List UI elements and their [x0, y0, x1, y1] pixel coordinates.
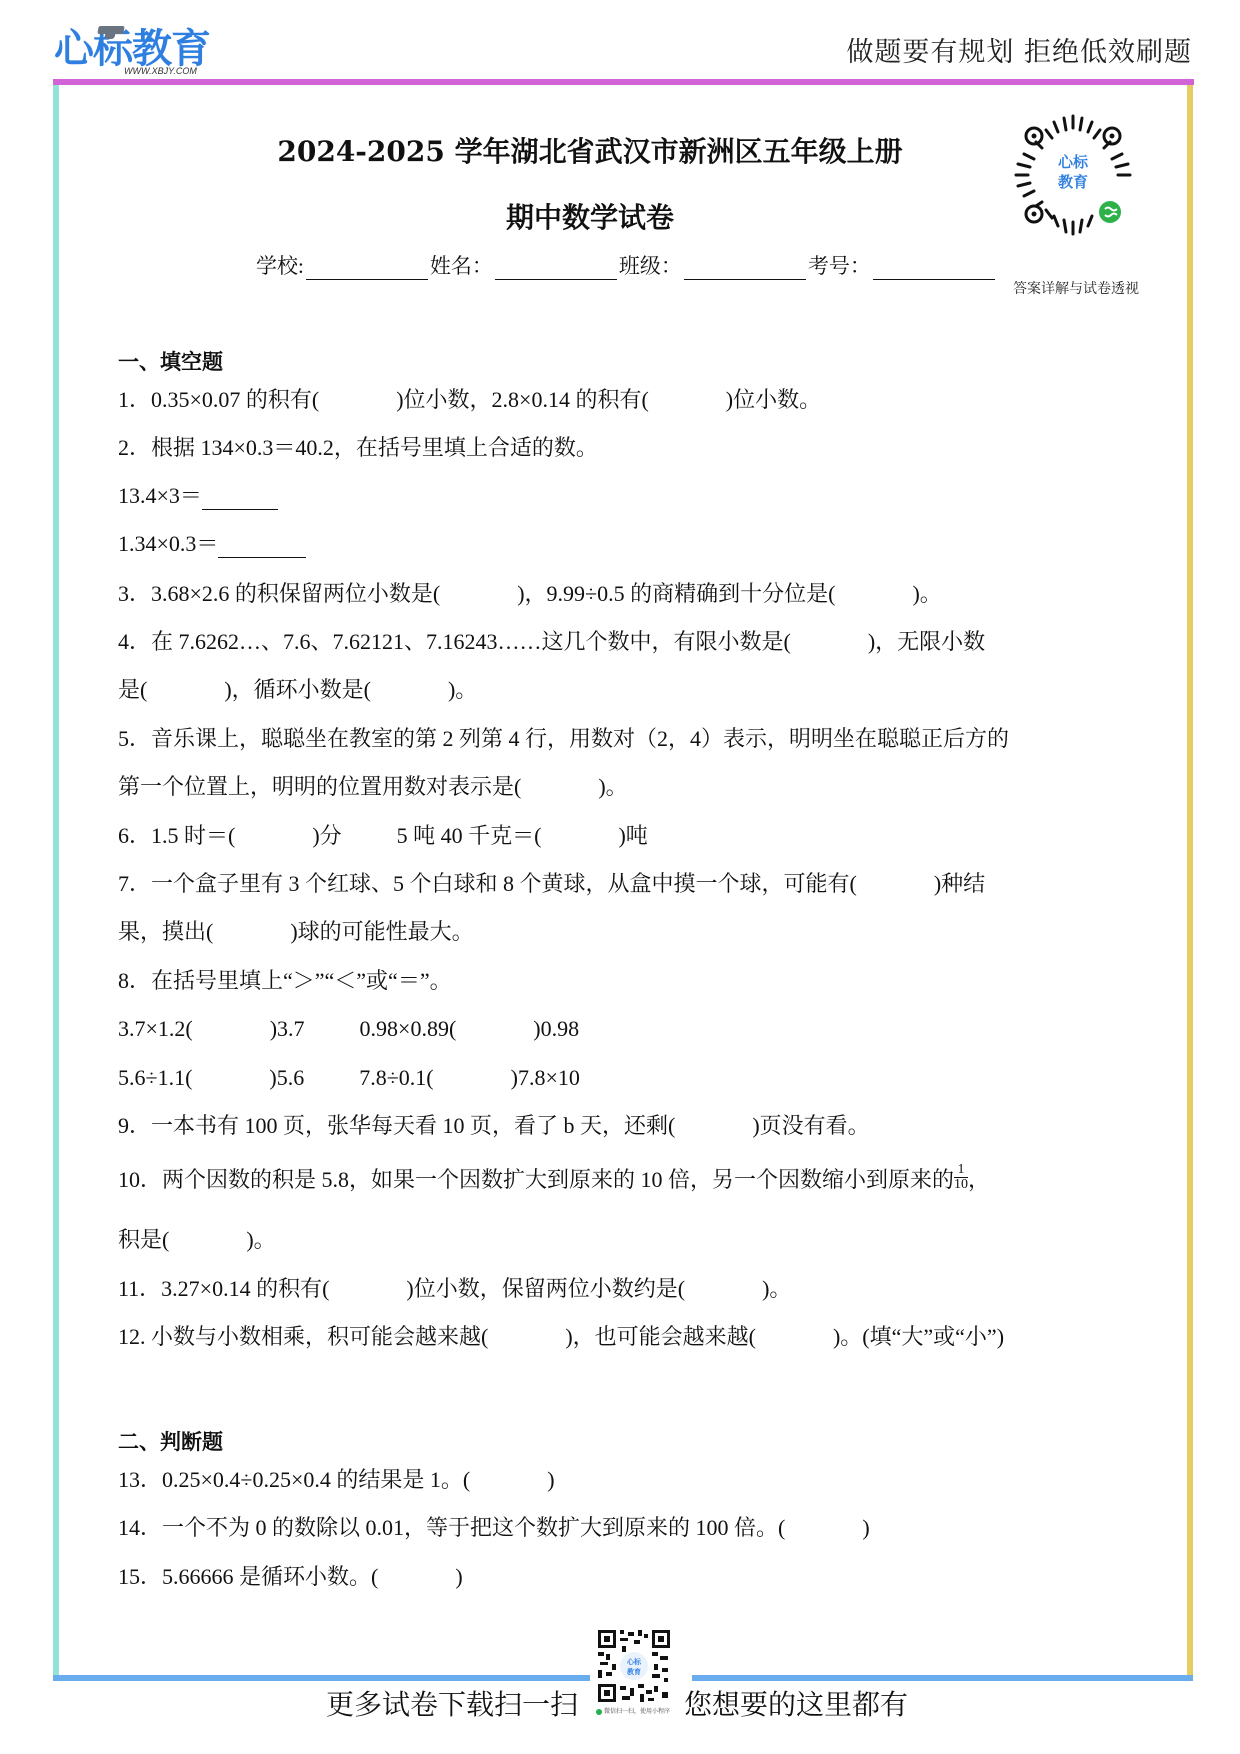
class-label: 班级： — [619, 250, 682, 280]
question-11: 11．3.27×0.14 的积有( )位小数，保留两位小数约是( )。 — [118, 1275, 791, 1303]
svg-text:心标: 心标 — [627, 1657, 642, 1666]
question-9: 9．一本书有 100 页，张华每天看 10 页，看了 b 天，还剩( )页没有看… — [118, 1112, 870, 1140]
question-2b: 1.34×0.3＝ — [118, 530, 306, 558]
frame-bottom-border-left — [53, 1675, 590, 1681]
question-7-line1: 7．一个盒子里有 3 个红球、5 个白球和 8 个黄球，从盒中摸一个球，可能有(… — [118, 870, 985, 898]
svg-text:心标: 心标 — [1058, 153, 1089, 171]
download-qr-code[interactable]: 心标 教育 — [596, 1628, 672, 1704]
question-8-row2: 5.6÷1.1( )5.6 7.8÷0.1( )7.8×10 — [118, 1064, 580, 1092]
question-2: 2．根据 134×0.3＝40.2，在括号里填上合适的数。 — [118, 434, 598, 462]
question-15: 15．5.66666 是循环小数。( ) — [118, 1563, 463, 1591]
exam-number-label: 考号： — [808, 250, 871, 280]
question-2a-text: 13.4×3＝ — [118, 483, 202, 508]
frame-bottom-border-right — [692, 1675, 1193, 1681]
question-2b-text: 1.34×0.3＝ — [118, 531, 218, 556]
question-10-line1: 10．两个因数的积是 5.8，如果一个因数扩大到原来的 10 倍，另一个因数缩小… — [118, 1166, 990, 1194]
question-1: 1．0.35×0.07 的积有( )位小数，2.8×0.14 的积有( )位小数… — [118, 386, 821, 414]
header-slogan: 做题要有规划 拒绝低效刷题 — [846, 30, 1192, 69]
footer-download-text: 更多试卷下载扫一扫 — [326, 1683, 578, 1723]
answer-blank[interactable] — [218, 536, 306, 558]
svg-text:教育: 教育 — [626, 1667, 641, 1676]
question-7-line2: 果，摸出( )球的可能性最大。 — [118, 918, 474, 946]
question-10-line2: 积是( )。 — [118, 1226, 276, 1254]
question-12: 12. 小数与小数相乘，积可能会越来越( )，也可能会越来越( )。(填“大”或… — [118, 1323, 1004, 1351]
footer-tagline: 您想要的这里都有 — [684, 1683, 908, 1723]
frame-left-border — [53, 85, 59, 1681]
graduation-cap-icon — [97, 26, 124, 34]
logo-url: WWW.XBJY.COM — [124, 66, 197, 76]
question-8-row1: 3.7×1.2( )3.7 0.98×0.89( )0.98 — [118, 1015, 579, 1043]
question-4-line2: 是( )，循环小数是( )。 — [118, 676, 477, 704]
name-label: 姓名： — [430, 250, 493, 280]
section-heading-fill-in: 一、填空题 — [118, 346, 223, 376]
question-10-text: 10．两个因数的积是 5.8，如果一个因数扩大到原来的 10 倍，另一个因数缩小… — [118, 1167, 954, 1192]
svg-text:教育: 教育 — [1058, 173, 1088, 191]
answer-blank[interactable] — [202, 488, 278, 510]
qr-caption: 答案详解与试卷透视 — [992, 278, 1160, 298]
question-14: 14．一个不为 0 的数除以 0.01，等于把这个数扩大到原来的 100 倍。(… — [118, 1514, 870, 1542]
mini-program-qr-code[interactable]: 心标 教育 — [1010, 112, 1136, 238]
school-blank[interactable] — [306, 260, 428, 280]
fraction-one-tenth: 110 — [954, 1163, 968, 1192]
question-5-line2: 第一个位置上，明明的位置用数对表示是( )。 — [118, 773, 628, 801]
question-2a: 13.4×3＝ — [118, 482, 278, 510]
class-blank[interactable] — [684, 260, 806, 280]
question-3: 3．3.68×2.6 的积保留两位小数是( )，9.99÷0.5 的商精确到十分… — [118, 580, 942, 608]
exam-number-blank[interactable] — [873, 260, 995, 280]
section-heading-true-false: 二、判断题 — [118, 1426, 223, 1456]
frame-top-border — [53, 79, 1194, 85]
question-6: 6．1.5 时＝( )分 5 吨 40 千克＝( )吨 — [118, 822, 648, 850]
question-8: 8．在括号里填上“＞”“＜”或“＝”。 — [118, 967, 452, 995]
download-qr-caption: 微信扫一扫，使用小程序 — [596, 1706, 676, 1715]
wechat-check-icon — [596, 1709, 602, 1715]
brand-logo: 心标教育 WWW.XBJY.COM — [54, 24, 214, 80]
question-4-line1: 4．在 7.6262…、7.6、7.62121、7.16243……这几个数中，有… — [118, 628, 985, 656]
question-13: 13．0.25×0.4÷0.25×0.4 的结果是 1。( ) — [118, 1466, 555, 1494]
frame-right-border — [1187, 85, 1193, 1675]
student-info-line: 学校: 姓名： 班级： 考号： — [256, 250, 997, 280]
question-5-line1: 5．音乐课上，聪聪坐在教室的第 2 列第 4 行，用数对（2，4）表示，明明坐在… — [118, 725, 1009, 753]
name-blank[interactable] — [495, 260, 617, 280]
school-label: 学校: — [256, 250, 304, 280]
